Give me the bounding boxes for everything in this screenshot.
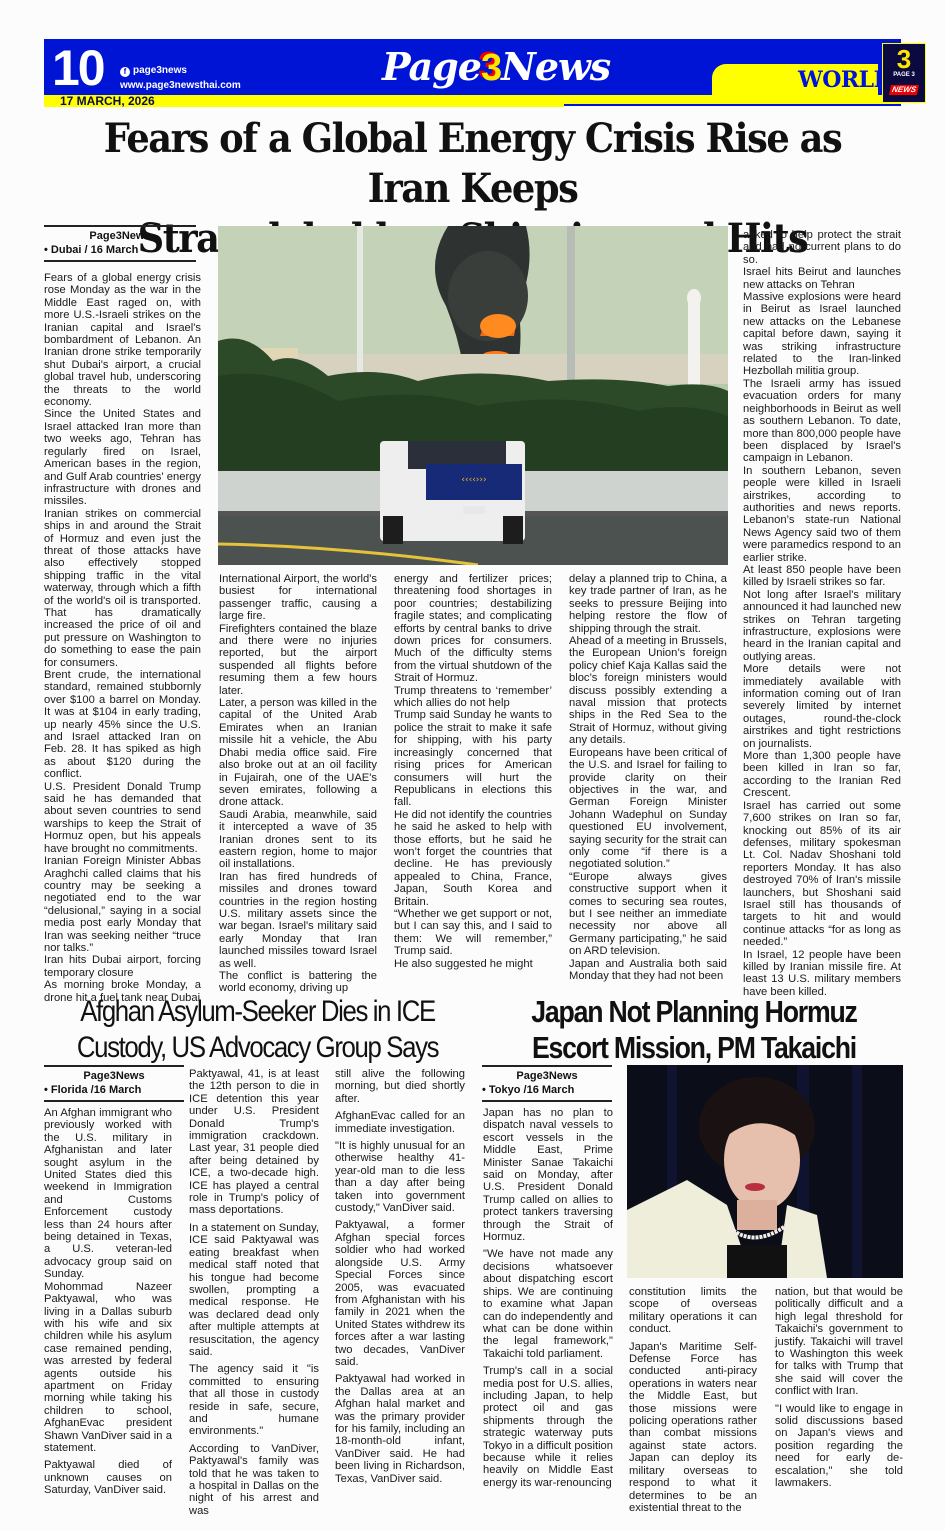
paragraph: “Whether we get support or not, but I ca…: [394, 908, 552, 958]
japan-column-3: nation, but that would be politically di…: [775, 1286, 903, 1490]
paragraph: "It is highly unusual for an otherwise h…: [335, 1140, 465, 1214]
logo-right: News: [501, 44, 610, 89]
takaichi-portrait-image: [627, 1065, 903, 1278]
afghan-headline-line1: Afghan Asylum-Seeker Dies in ICE: [70, 994, 444, 1030]
paragraph: More details were not immediately availa…: [743, 663, 901, 750]
lead-column-4: delay a planned trip to China, a key tra…: [569, 573, 727, 982]
japan-headline-line1: Japan Not Planning Hormuz: [508, 994, 880, 1030]
afghan-column-2: Paktyawal, 41, is at least the 12th pers…: [189, 1068, 319, 1517]
paragraph: Not long after Israel's military announc…: [743, 589, 901, 663]
byline-dateline: • Florida /16 March: [44, 1083, 184, 1100]
afghan-headline: Afghan Asylum-Seeker Dies in ICE Custody…: [70, 994, 444, 1066]
paragraph: The Israeli army has issued evacuation o…: [743, 378, 901, 465]
paragraph: U.S. President Donald Trump said he has …: [44, 781, 201, 855]
afghan-column-1: An Afghan immigrant who previously worke…: [44, 1107, 172, 1497]
japan-photo-takaichi: [627, 1065, 903, 1278]
paragraph: In southern Lebanon, seven people were k…: [743, 465, 901, 564]
lead-headline-line1: Fears of a Global Energy Crisis Rise as …: [75, 114, 871, 214]
paragraph: Japan and Australia both said Monday tha…: [569, 958, 727, 983]
paragraph: At least 850 people have been killed by …: [743, 564, 901, 589]
paragraph: Paktyawal had worked in the Dallas area …: [335, 1373, 465, 1485]
paragraph: Later, a person was killed in the capita…: [219, 697, 377, 809]
byline-dateline: • Dubai / 16 March: [44, 243, 196, 260]
page3news-logo: Page3News: [382, 43, 610, 92]
byline-agency: Page3News: [482, 1067, 612, 1083]
paragraph: Fears of a global energy crisis rose Mon…: [44, 272, 201, 408]
paragraph: Paktyawal, a former Afghan special force…: [335, 1219, 465, 1368]
paragraph: Iranian Foreign Minister Abbas Araghchi …: [44, 855, 201, 954]
paragraph: Brent crude, the international standard,…: [44, 669, 201, 781]
japan-column-1: Japan has no plan to dispatch naval vess…: [483, 1107, 613, 1489]
paragraph: Japan's Maritime Self-Defense Force has …: [629, 1341, 757, 1515]
paragraph: International Airport, the world's busie…: [219, 573, 377, 623]
subheading: Israel hits Beirut and launches new atta…: [743, 266, 901, 291]
dubai-fire-image: ‹‹‹‹›››: [218, 226, 728, 565]
paragraph: According to VanDiver, Paktyawal's famil…: [189, 1443, 319, 1517]
svg-text:‹‹‹‹›››: ‹‹‹‹›››: [461, 475, 486, 485]
subheading: Trump threatens to ‘remember’ which alli…: [394, 685, 552, 710]
paragraph: He also suggested he might: [394, 958, 552, 970]
subheading: Iran hits Dubai airport, forcing tempora…: [44, 954, 201, 979]
paragraph: An Afghan immigrant who previously worke…: [44, 1107, 172, 1281]
logo-three: 3: [481, 47, 501, 89]
paragraph: More than 1,300 people have been killed …: [743, 750, 901, 800]
paragraph: asked to help protect the strait and had…: [743, 229, 901, 266]
paragraph: AfghanEvac called for an immediate inves…: [335, 1110, 465, 1135]
paragraph: The conflict is battering the world econ…: [219, 970, 377, 995]
paragraph: constitution limits the scope of oversea…: [629, 1286, 757, 1336]
lead-byline: Page3News • Dubai / 16 March: [44, 225, 196, 262]
lead-photo-dubai-fire: ‹‹‹‹›››: [218, 226, 728, 565]
paragraph: Europeans have been critical of the U.S.…: [569, 747, 727, 871]
paragraph: Trump said Sunday he wants to police the…: [394, 709, 552, 808]
lead-column-2: International Airport, the world's busie…: [219, 573, 377, 995]
page3-badge-logo: 3 PAGE 3 NEWS: [882, 43, 926, 103]
paragraph: Iran has fired hundreds of missiles and …: [219, 871, 377, 970]
social-handle-text: page3news: [133, 65, 187, 76]
logo-left: Page: [382, 44, 481, 89]
paragraph: still alive the following morning, but d…: [335, 1068, 465, 1105]
lead-column-3: energy and fertilizer prices; threatenin…: [394, 573, 552, 970]
issue-date: 17 MARCH, 2026: [60, 95, 155, 108]
lead-column-1: Fears of a global energy crisis rose Mon…: [44, 272, 201, 1004]
paragraph: Firefighters contained the blaze and the…: [219, 623, 377, 697]
paragraph: energy and fertilizer prices; threatenin…: [394, 573, 552, 685]
facebook-icon: f: [120, 67, 130, 77]
paragraph: Japan has no plan to dispatch naval vess…: [483, 1107, 613, 1243]
paragraph: Iranian strikes on commercial ships in a…: [44, 508, 201, 669]
paragraph: Paktyawal died of unknown causes on Satu…: [44, 1459, 172, 1496]
afghan-column-3: still alive the following morning, but d…: [335, 1068, 465, 1485]
byline-agency: Page3News: [44, 1067, 184, 1083]
paragraph: Trump's call in a social media post for …: [483, 1365, 613, 1489]
paragraph: Paktyawal, 41, is at least the 12th pers…: [189, 1068, 319, 1217]
paragraph: In a statement on Sunday, ICE said Pakty…: [189, 1222, 319, 1358]
page-number: 10: [52, 42, 104, 94]
paragraph: He did not identify the countries he sai…: [394, 809, 552, 908]
paragraph: Ahead of a meeting in Brussels, the Euro…: [569, 635, 727, 747]
japan-byline: Page3News • Tokyo /16 March: [482, 1065, 612, 1102]
website-link[interactable]: www.page3newsthai.com: [120, 80, 241, 92]
afghan-headline-line2: Custody, US Advocacy Group Says: [70, 1030, 444, 1066]
byline-rule-bottom: [44, 1100, 184, 1102]
badge-line2: NEWS: [889, 85, 919, 95]
byline-dateline: • Tokyo /16 March: [482, 1083, 612, 1100]
paragraph: “Europe always gives constructive suppor…: [569, 871, 727, 958]
byline-agency: Page3News: [44, 227, 196, 243]
afghan-byline: Page3News • Florida /16 March: [44, 1065, 184, 1102]
badge-line1: PAGE 3: [883, 72, 925, 79]
paragraph: Since the United States and Israel attac…: [44, 408, 201, 507]
lead-column-5: asked to help protect the strait and had…: [743, 229, 901, 998]
social-handle[interactable]: fpage3news: [120, 65, 187, 77]
paragraph: "We have not made any decisions whatsoev…: [483, 1248, 613, 1360]
badge-number: 3: [883, 46, 925, 72]
paragraph: nation, but that would be politically di…: [775, 1286, 903, 1398]
byline-rule-bottom: [44, 260, 196, 262]
paragraph: Israel has carried out some 7,600 strike…: [743, 800, 901, 949]
paragraph: Mohommad Nazeer Paktyawal, who was livin…: [44, 1281, 172, 1455]
paragraph: Massive explosions were heard in Beirut …: [743, 291, 901, 378]
paragraph: delay a planned trip to China, a key tra…: [569, 573, 727, 635]
paragraph: "I would like to engage in solid discuss…: [775, 1403, 903, 1490]
byline-rule-bottom: [482, 1100, 612, 1102]
japan-column-2: constitution limits the scope of oversea…: [629, 1286, 757, 1514]
section-label: WORLD: [798, 67, 892, 93]
paragraph: Saudi Arabia, meanwhile, said it interce…: [219, 809, 377, 871]
paragraph: The agency said it "is committed to ensu…: [189, 1363, 319, 1437]
paragraph: In Israel, 12 people have been killed by…: [743, 949, 901, 999]
